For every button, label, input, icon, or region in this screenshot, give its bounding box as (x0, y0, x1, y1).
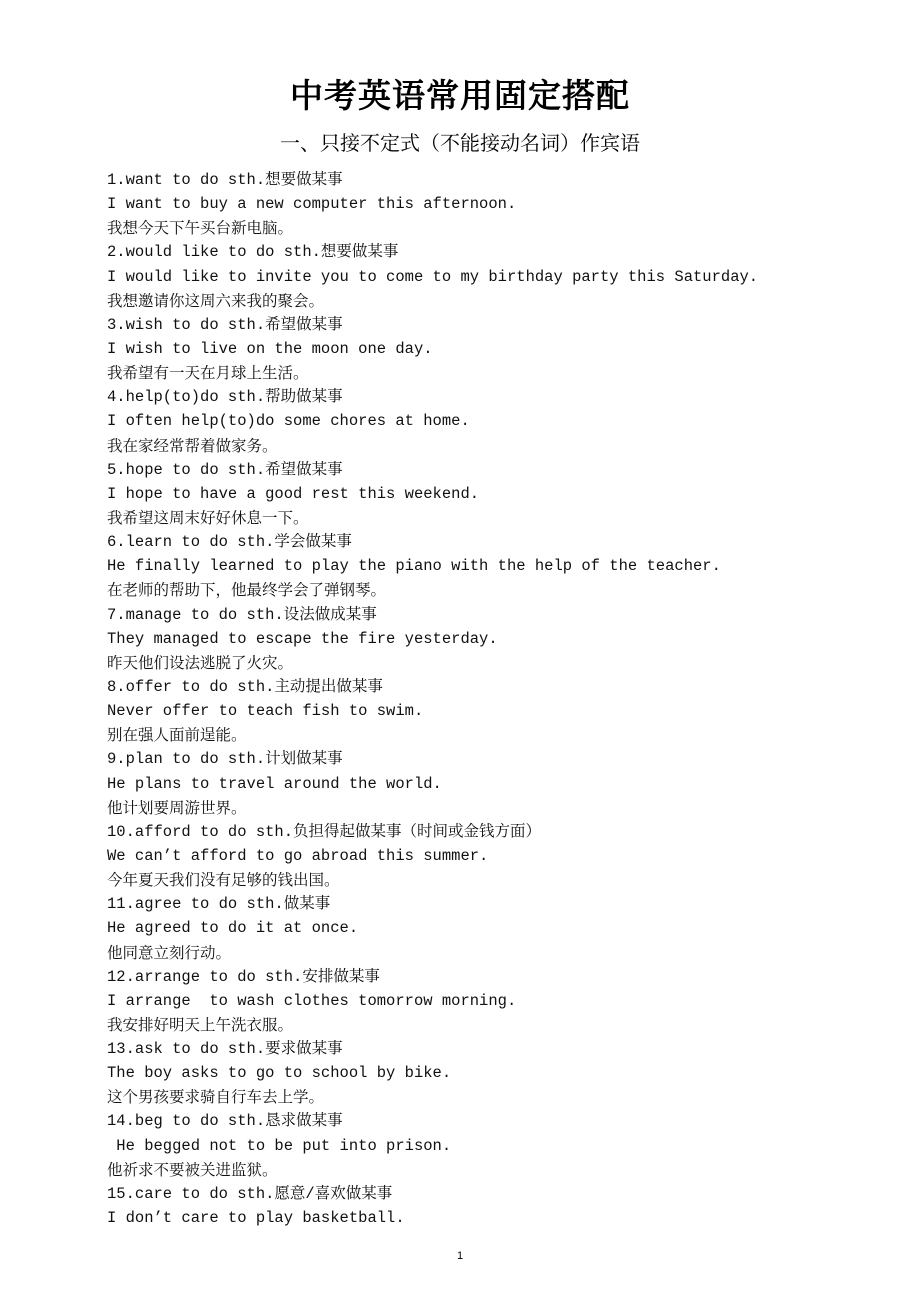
entry-translation: 这个男孩要求骑自行车去上学。 (107, 1085, 827, 1109)
entry-phrase: 11.agree to do sth.做某事 (107, 892, 827, 916)
entry-phrase: 3.wish to do sth.希望做某事 (107, 313, 827, 337)
entry-phrase: 12.arrange to do sth.安排做某事 (107, 965, 827, 989)
entry-example: He finally learned to play the piano wit… (107, 554, 827, 578)
entry-translation: 我想今天下午买台新电脑。 (107, 216, 827, 240)
entry-phrase: 2.would like to do sth.想要做某事 (107, 240, 827, 264)
entry-translation: 我希望有一天在月球上生活。 (107, 361, 827, 385)
entry-phrase: 1.want to do sth.想要做某事 (107, 168, 827, 192)
entry-example: He begged not to be put into prison. (107, 1134, 827, 1158)
document-page: 中考英语常用固定搭配 一、只接不定式（不能接动名词）作宾语 1.want to … (0, 0, 920, 1302)
entry-phrase: 4.help(to)do sth.帮助做某事 (107, 385, 827, 409)
entry-translation: 我希望这周末好好休息一下。 (107, 506, 827, 530)
entry-translation: 他祈求不要被关进监狱。 (107, 1158, 827, 1182)
entry-example: He plans to travel around the world. (107, 772, 827, 796)
entry-translation: 我安排好明天上午洗衣服。 (107, 1013, 827, 1037)
entry-translation: 我想邀请你这周六来我的聚会。 (107, 289, 827, 313)
section-heading: 一、只接不定式（不能接动名词）作宾语 (0, 128, 920, 158)
entry-example: I want to buy a new computer this aftern… (107, 192, 827, 216)
entry-example: I wish to live on the moon one day. (107, 337, 827, 361)
entry-example: He agreed to do it at once. (107, 916, 827, 940)
entry-translation: 别在强人面前逞能。 (107, 723, 827, 747)
entry-example: The boy asks to go to school by bike. (107, 1061, 827, 1085)
entry-example: I hope to have a good rest this weekend. (107, 482, 827, 506)
entry-example: I don’t care to play basketball. (107, 1206, 827, 1230)
entry-phrase: 6.learn to do sth.学会做某事 (107, 530, 827, 554)
entry-translation: 昨天他们设法逃脱了火灾。 (107, 651, 827, 675)
entry-phrase: 14.beg to do sth.恳求做某事 (107, 1109, 827, 1133)
entry-phrase: 13.ask to do sth.要求做某事 (107, 1037, 827, 1061)
entry-phrase: 15.care to do sth.愿意/喜欢做某事 (107, 1182, 827, 1206)
entry-translation: 他同意立刻行动。 (107, 941, 827, 965)
entry-example: They managed to escape the fire yesterda… (107, 627, 827, 651)
entry-phrase: 5.hope to do sth.希望做某事 (107, 458, 827, 482)
entry-translation: 他计划要周游世界。 (107, 796, 827, 820)
page-number: 1 (0, 1250, 920, 1262)
entry-list: 1.want to do sth.想要做某事 I want to buy a n… (107, 168, 827, 1230)
entry-example: I would like to invite you to come to my… (107, 265, 827, 289)
entry-translation: 我在家经常帮着做家务。 (107, 434, 827, 458)
document-title: 中考英语常用固定搭配 (0, 74, 920, 118)
entry-example: I often help(to)do some chores at home. (107, 409, 827, 433)
entry-example: Never offer to teach fish to swim. (107, 699, 827, 723)
entry-example: We can’t afford to go abroad this summer… (107, 844, 827, 868)
entry-phrase: 8.offer to do sth.主动提出做某事 (107, 675, 827, 699)
entry-phrase: 10.afford to do sth.负担得起做某事（时间或金钱方面） (107, 820, 827, 844)
entry-translation: 今年夏天我们没有足够的钱出国。 (107, 868, 827, 892)
entry-translation: 在老师的帮助下，他最终学会了弹钢琴。 (107, 578, 827, 602)
entry-phrase: 7.manage to do sth.设法做成某事 (107, 603, 827, 627)
entry-example: I arrange to wash clothes tomorrow morni… (107, 989, 827, 1013)
entry-phrase: 9.plan to do sth.计划做某事 (107, 747, 827, 771)
